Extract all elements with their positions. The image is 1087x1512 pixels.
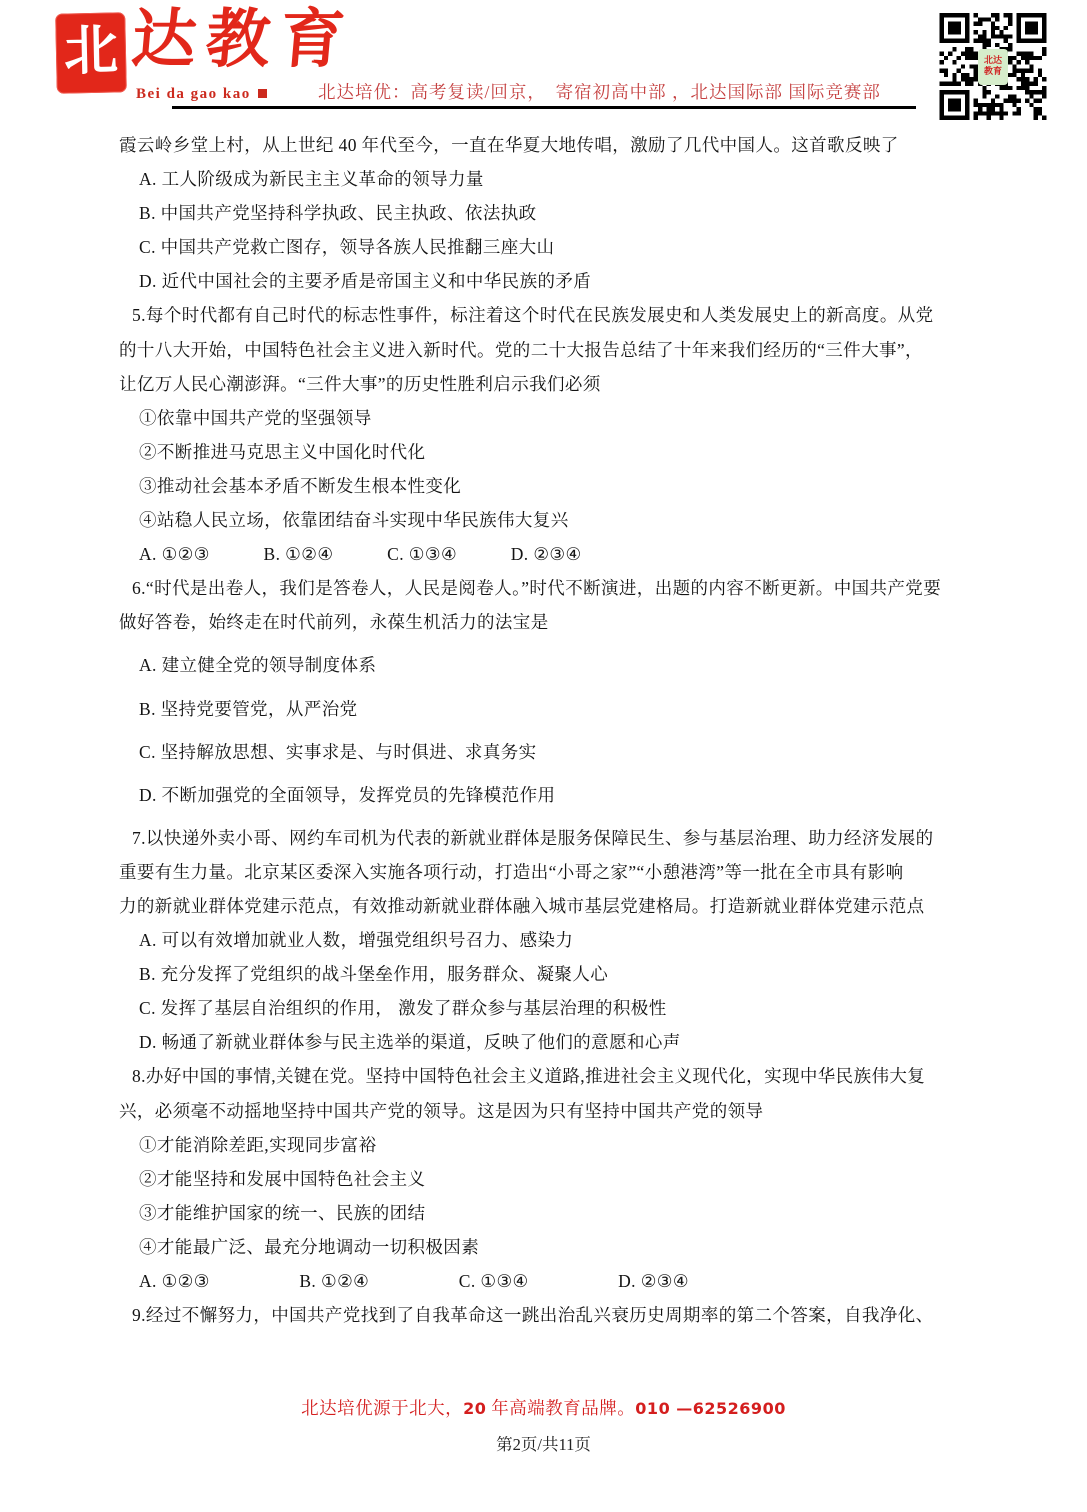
text-line: D. 近代中国社会的主要矛盾是帝国主义和中华民族的矛盾: [119, 264, 979, 298]
text-line: ④才能最广泛、最充分地调动一切积极因素: [119, 1230, 979, 1264]
exam-page: 北 达教育 Bei da gao kao 北达培优：高考复读/回京， 寄宿初高中…: [0, 0, 1087, 1512]
text-line: C. 中国共产党救亡图存，领导各族人民推翻三座大山: [119, 230, 979, 264]
text-line: ③推动社会基本矛盾不断发生根本性变化: [119, 469, 979, 503]
qr-code: 北达 教育: [937, 13, 1049, 120]
text-line: A. 建立健全党的领导制度体系: [119, 648, 979, 682]
text-line: D. 畅通了新就业群体参与民主选举的渠道，反映了他们的意愿和心声: [119, 1025, 979, 1059]
text-line: 做好答卷，始终走在时代前列，永葆生机活力的法宝是: [119, 605, 979, 639]
footer-phone: 010 —62526900: [635, 1399, 786, 1418]
page-number: 第2页/共11页: [0, 1431, 1087, 1455]
text-line: A. ①②③ B. ①②④ C. ①③④ D. ②③④: [119, 537, 979, 571]
footer-slogan: 北达培优源于北大，20 年高端教育品牌。010 —62526900: [0, 1395, 1087, 1420]
text-line: A. ①②③ B. ①②④ C. ①③④ D. ②③④: [119, 1264, 979, 1298]
text-line: D. 不断加强党的全面领导，发挥党员的先锋模范作用: [119, 778, 979, 812]
text-line: C. 坚持解放思想、实事求是、与时俱进、求真务实: [119, 735, 979, 769]
document-body: 霞云岭乡堂上村，从上世纪 40 年代至今，一直在华夏大地传唱，激励了几代中国人。…: [119, 128, 979, 1332]
text-line: B. 坚持党要管党，从严治党: [119, 692, 979, 726]
text-line: ④站稳人民立场，依靠团结奋斗实现中华民族伟大复兴: [119, 503, 979, 537]
text-line: 5.每个时代都有自己时代的标志性事件，标注着这个时代在民族发展史和人类发展史上的…: [119, 298, 979, 332]
text-line: A. 工人阶级成为新民主主义革命的领导力量: [119, 162, 979, 196]
footer-slogan-years: 20: [463, 1399, 486, 1418]
text-line: ①依靠中国共产党的坚强领导: [119, 401, 979, 435]
text-line: C. 发挥了基层自治组织的作用， 激发了群众参与基层治理的积极性: [119, 991, 979, 1025]
text-line: ②不断推进马克思主义中国化时代化: [119, 435, 979, 469]
text-line: B. 中国共产党坚持科学执政、民主执政、依法执政: [119, 196, 979, 230]
qr-center-badge: 北达 教育: [978, 49, 1008, 85]
brand-subtitle-text: Bei da gao kao: [136, 86, 251, 102]
red-square-icon: [258, 89, 267, 98]
logo-seal-icon: 北: [55, 12, 127, 93]
text-line: 的十八大开始，中国特色社会主义进入新时代。党的二十大报告总结了十年来我们经历的“…: [119, 333, 979, 367]
text-line: 霞云岭乡堂上村，从上世纪 40 年代至今，一直在华夏大地传唱，激励了几代中国人。…: [119, 128, 979, 162]
brand-subtitle: Bei da gao kao: [136, 86, 267, 103]
text-line: 7.以快递外卖小哥、网约车司机为代表的新就业群体是服务保障民生、参与基层治理、助…: [119, 821, 979, 855]
header-divider: [172, 106, 916, 109]
text-line: 兴，必须毫不动摇地坚持中国共产党的领导。这是因为只有坚持中国共产党的领导: [119, 1094, 979, 1128]
text-line: 重要有生力量。北京某区委深入实施各项行动，打造出“小哥之家”“小憩港湾”等一批在…: [119, 855, 979, 889]
text-line: ①才能消除差距,实现同步富裕: [119, 1128, 979, 1162]
text-line: ②才能坚持和发展中国特色社会主义: [119, 1162, 979, 1196]
text-line: 力的新就业群体党建示范点，有效推动新就业群体融入城市基层党建格局。打造新就业群体…: [119, 889, 979, 923]
qr-badge-text-1: 北达: [984, 56, 1002, 67]
text-line: B. 充分发挥了党组织的战斗堡垒作用，服务群众、凝聚人心: [119, 957, 979, 991]
qr-badge-text-2: 教育: [984, 67, 1002, 78]
header-tagline: 北达培优：高考复读/回京， 寄宿初高中部 ，北达国际部 国际竞赛部: [318, 79, 881, 104]
text-line: A. 可以有效增加就业人数，增强党组织号召力、感染力: [119, 923, 979, 957]
logo-seal-char: 北: [63, 23, 118, 82]
footer-slogan-mid: 年高端教育品牌。: [486, 1398, 635, 1418]
footer-slogan-prefix: 北达培优源于北大，: [301, 1398, 463, 1418]
text-line: 9.经过不懈努力，中国共产党找到了自我革命这一跳出治乱兴衰历史周期率的第二个答案…: [119, 1298, 979, 1332]
text-line: 8.办好中国的事情,关键在党。坚持中国特色社会主义道路,推进社会主义现代化，实现…: [119, 1059, 979, 1093]
brand-title: 达教育: [129, 2, 358, 79]
text-line: 让亿万人民心潮澎湃。“三件大事”的历史性胜利启示我们必须: [119, 367, 979, 401]
text-line: 6.“时代是出卷人，我们是答卷人，人民是阅卷人。”时代不断演进，出题的内容不断更…: [119, 571, 979, 605]
text-line: ③才能维护国家的统一、民族的团结: [119, 1196, 979, 1230]
